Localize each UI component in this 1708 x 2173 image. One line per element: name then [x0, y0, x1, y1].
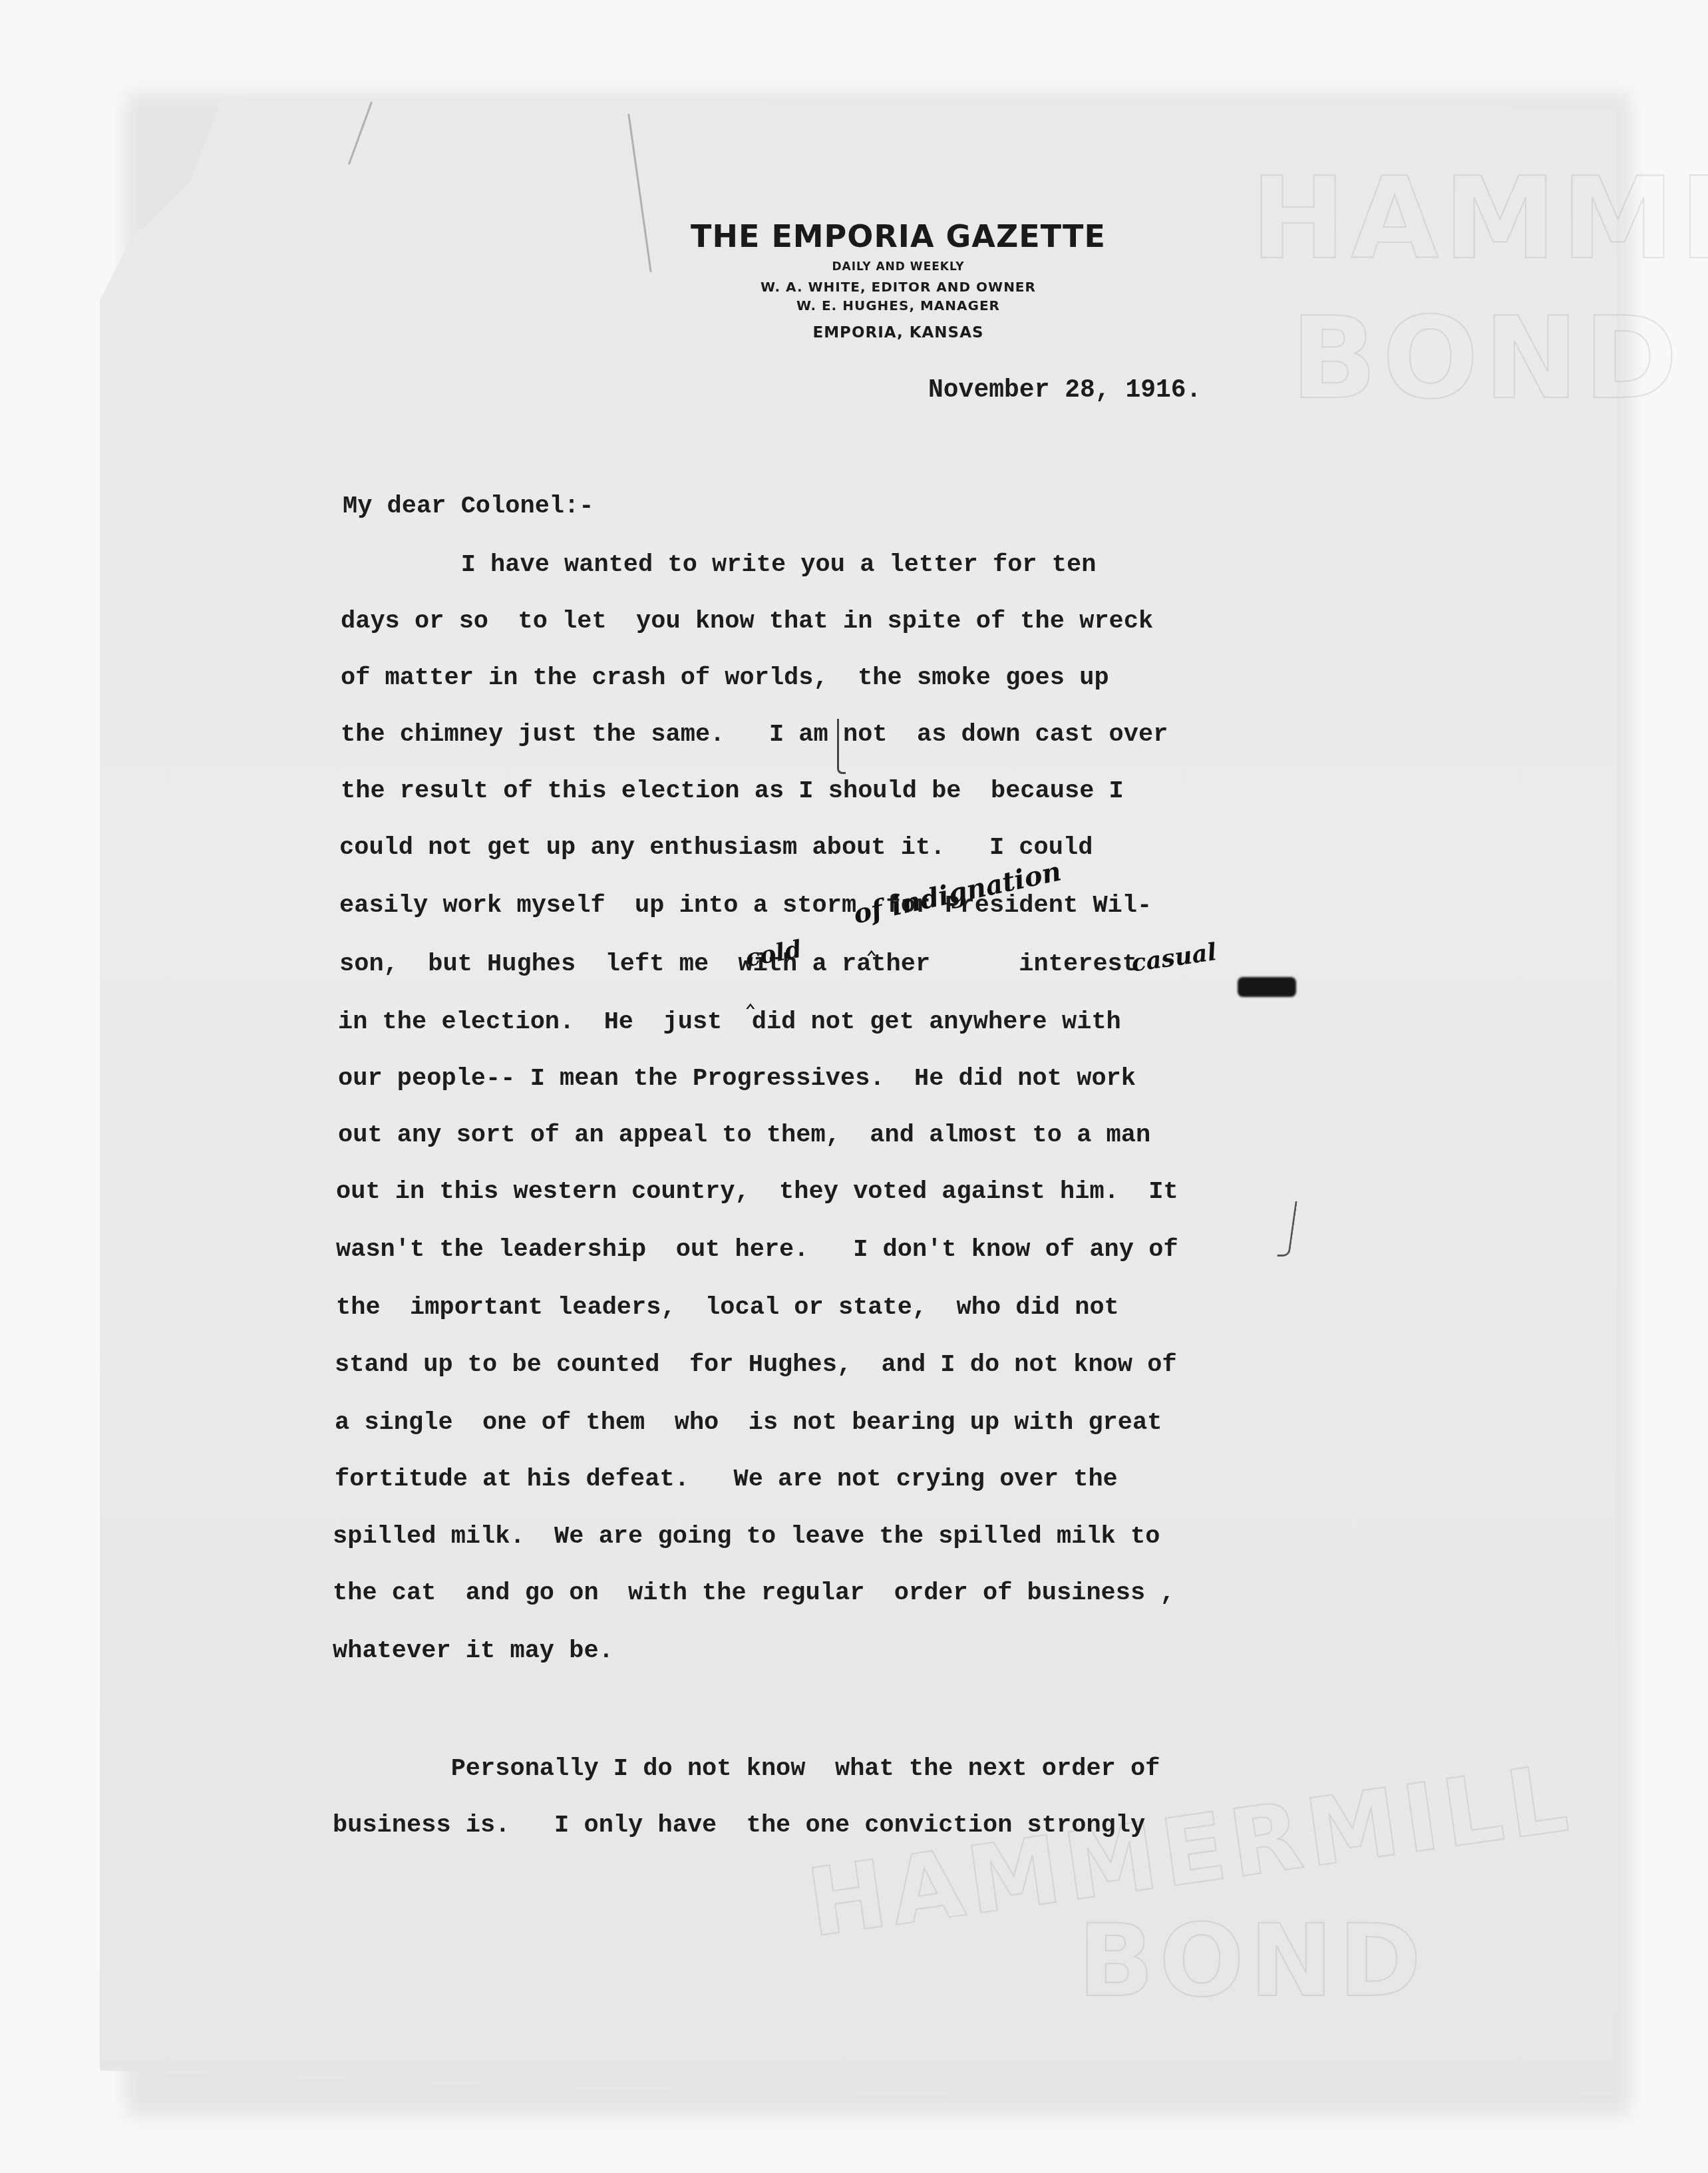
handwritten-bracket-open [837, 719, 846, 774]
body-line: son, but Hughes left me with a rather in… [339, 950, 1137, 978]
body-line: the important leaders, local or state, w… [336, 1294, 1119, 1322]
body-line: a single one of them who is not bearing … [335, 1409, 1162, 1437]
letterhead-manager: W. E. HUGHES, MANAGER [632, 297, 1164, 313]
body-line: in the election. He just did not get any… [338, 1008, 1121, 1036]
letterhead-subtitle: DAILY AND WEEKLY [632, 260, 1164, 274]
body-line: spilled milk. We are going to leave the … [333, 1523, 1160, 1551]
salutation: My dear Colonel:- [343, 493, 594, 520]
body-line: Personally I do not know what the next o… [333, 1755, 1160, 1783]
struck-out-word [1238, 977, 1296, 997]
body-line: wasn't the leadership out here. I don't … [336, 1236, 1178, 1264]
letter-date: November 28, 1916. [928, 376, 1201, 405]
body-line: whatever it may be. [333, 1637, 613, 1665]
insertion-caret-icon: ‸ [746, 978, 755, 1009]
letterhead-editor: W. A. WHITE, EDITOR AND OWNER [632, 279, 1164, 295]
watermark-text: BOND [1078, 1903, 1427, 2019]
body-line: the result of this election as I should … [341, 777, 1124, 805]
letterhead-title: THE EMPORIA GAZETTE [632, 220, 1164, 254]
body-line: days or so to let you know that in spite… [341, 608, 1153, 636]
body-line: fortitude at his defeat. We are not cryi… [335, 1466, 1118, 1493]
body-line: could not get up any enthusiasm about it… [339, 834, 1093, 862]
document-stage: HAMMER BOND HAMMERMILL BOND THE EMPORIA … [0, 0, 1708, 2173]
letterhead-city: EMPORIA, KANSAS [632, 324, 1164, 341]
body-line: stand up to be counted for Hughes, and I… [335, 1351, 1177, 1379]
watermark-text: HAMMER [1251, 153, 1708, 285]
body-line: our people-- I mean the Progressives. He… [338, 1065, 1136, 1093]
body-line: of matter in the crash of worlds, the sm… [341, 664, 1109, 692]
body-line: the chimney just the same. I am not as d… [341, 721, 1168, 749]
watermark-text: BOND [1291, 293, 1683, 425]
body-line: out in this western country, they voted … [336, 1178, 1178, 1206]
body-line: business is. I only have the one convict… [333, 1812, 1145, 1840]
body-line: out any sort of an appeal to them, and a… [338, 1121, 1150, 1149]
body-line: easily work myself up into a storm for P… [339, 892, 1152, 920]
body-line: I have wanted to write you a letter for … [343, 551, 1096, 579]
body-line: the cat and go on with the regular order… [333, 1579, 1175, 1607]
insertion-caret-icon: ‸ [867, 925, 876, 956]
letterhead: THE EMPORIA GAZETTE DAILY AND WEEKLY W. … [632, 220, 1164, 341]
